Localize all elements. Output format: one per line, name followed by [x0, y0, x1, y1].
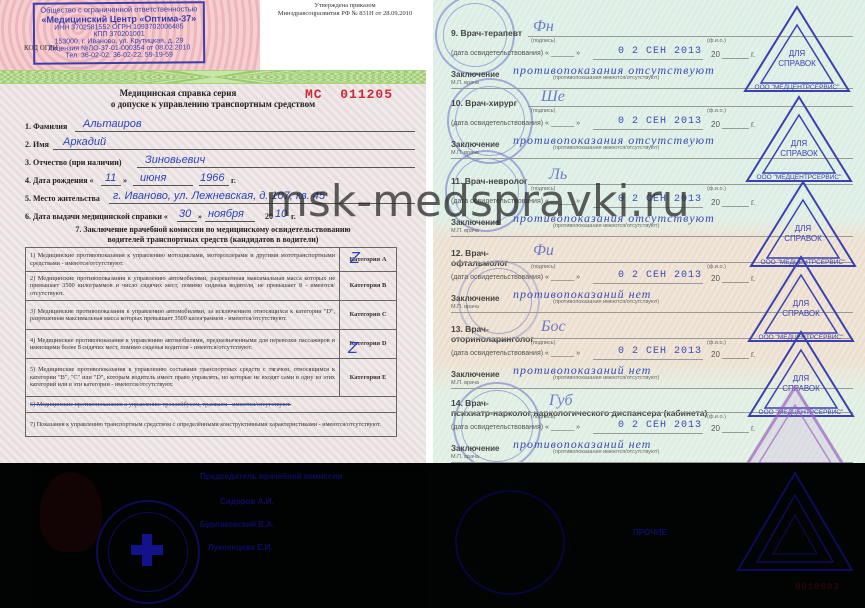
green-security-band	[0, 70, 426, 84]
certificate-front-page: Утверждена приказом Минздравсоцразвития …	[0, 0, 426, 463]
conclusion-label: Заключение	[451, 140, 499, 149]
table-row: 6) Медицинские противопоказания к управл…	[26, 396, 397, 412]
conclusion-label: Заключение	[451, 70, 499, 79]
certificate-serial: МС 011205	[305, 87, 393, 102]
residence-field: 5. Место жительства г. Иваново, ул. Лежн…	[25, 194, 100, 203]
date-label: (дата освидетельствования) « ______ »	[451, 120, 580, 127]
surname-field: 1. Фамилия Альтаиров	[25, 122, 67, 131]
birth-year: 1966	[200, 172, 224, 184]
conclusion-label: Заключение	[451, 370, 499, 379]
signature: Фн	[533, 18, 554, 36]
doctor-title: 10. Врач-хирург	[451, 98, 517, 108]
triangle-stamp-dark	[735, 470, 855, 575]
conclusion-label: Заключение	[451, 294, 499, 303]
certificate-back-page: 9. Врач-терапевт(подпись)(ф.и.о.)Фн(дата…	[433, 0, 865, 463]
triangle-stamp	[739, 385, 851, 463]
round-stamp-dark	[455, 490, 565, 595]
doctor-title: 11. Врач-невролог	[451, 176, 528, 186]
triangle-stamp: ДЛЯ СПРАВОК ООО "МЕДЦЕНТРСЕРВИС"	[743, 95, 855, 185]
date-stamp: 0 2 СЕН 2013	[618, 420, 702, 431]
birth-day: 11	[105, 172, 116, 184]
heart-emblem	[40, 472, 102, 552]
section-7-heading: 7. Заключение врачебной комиссии по меди…	[0, 225, 426, 245]
date-stamp: 0 2 СЕН 2013	[618, 346, 702, 357]
conclusion-label: Заключение	[451, 444, 499, 453]
name-field: 2. Имя Аркадий	[25, 140, 49, 149]
date-stamp: 0 2 СЕН 2013	[618, 194, 702, 205]
table-row: 2) Медицинские противопоказания к управл…	[26, 272, 397, 301]
date-stamp: 0 2 СЕН 2013	[618, 46, 702, 57]
surname-value: Альтаиров	[83, 118, 142, 130]
doctor-title: 12. Врач-офтальмолог	[451, 248, 508, 268]
doctor-title: 9. Врач-терапевт	[451, 28, 522, 38]
issue-year: 10	[275, 208, 287, 220]
organization-stamp: Общество с ограниченной ответственностью…	[33, 1, 206, 64]
signature: Ль	[549, 166, 567, 184]
categories-table: 1) Медицинские противопоказания к управл…	[25, 247, 397, 437]
date-stamp: 0 2 СЕН 2013	[618, 116, 702, 127]
conclusion-label: Заключение	[451, 218, 499, 227]
signature: Губ	[549, 392, 573, 410]
table-row: 4) Медицинские противопоказания к управл…	[26, 329, 397, 358]
medical-cross-icon	[131, 534, 163, 566]
table-row: 5) Медицинские противопоказания к управл…	[26, 358, 397, 396]
residence-value: г. Иваново, ул. Лежневская, д. 107, кв. …	[113, 190, 325, 202]
doctor-title: 13. Врач-оториноларинголог	[451, 324, 534, 344]
table-row: 7) Показания к управлению транспортным с…	[26, 412, 397, 436]
triangle-stamp: ДЛЯ СПРАВОК ООО "МЕДЦЕНТРСЕРВИС"	[741, 5, 853, 95]
date-stamp: 0 2 СЕН 2013	[618, 270, 702, 281]
date-label: (дата освидетельствования) « ______ »	[451, 274, 580, 281]
date-label: (дата освидетельствования) « ______ »	[451, 50, 580, 57]
birth-date-field: 4. Дата рождения « 11 » июня 1966 г.	[25, 176, 94, 185]
issue-date-field: 6. Дата выдачи медицинской справки « 30 …	[25, 212, 168, 221]
approval-note: Утверждена приказом Минздравсоцразвития …	[265, 2, 425, 18]
issue-month: ноября	[208, 208, 244, 220]
table-row: 3) Медицинские противопоказания к управл…	[26, 300, 397, 329]
birth-month: июня	[140, 172, 166, 184]
category-d-mark: Z	[348, 340, 358, 358]
date-label: (дата освидетельствования) « ______ »	[451, 424, 580, 431]
table-row: 1) Медицинские противопоказания к управл…	[26, 248, 397, 272]
serial-number-dark: 0018083	[795, 582, 840, 592]
doctor-title: 14. Врач-психиатр-нарколог наркологическ…	[451, 398, 707, 418]
signature: Бос	[541, 318, 566, 336]
issue-day: 30	[179, 208, 191, 220]
date-label: (дата освидетельствования) « ______ »	[451, 350, 580, 357]
date-label: (дата освидетельствования) « ______ »	[451, 198, 580, 205]
patronymic-value: Зиновьевич	[145, 154, 205, 166]
name-value: Аркадий	[63, 136, 106, 148]
signature: Фи	[533, 242, 554, 260]
patronymic-field: 3. Отчество (при наличии) Зиновьевич	[25, 158, 122, 167]
category-a-mark: Z	[350, 250, 360, 268]
signature: Ше	[541, 88, 565, 106]
